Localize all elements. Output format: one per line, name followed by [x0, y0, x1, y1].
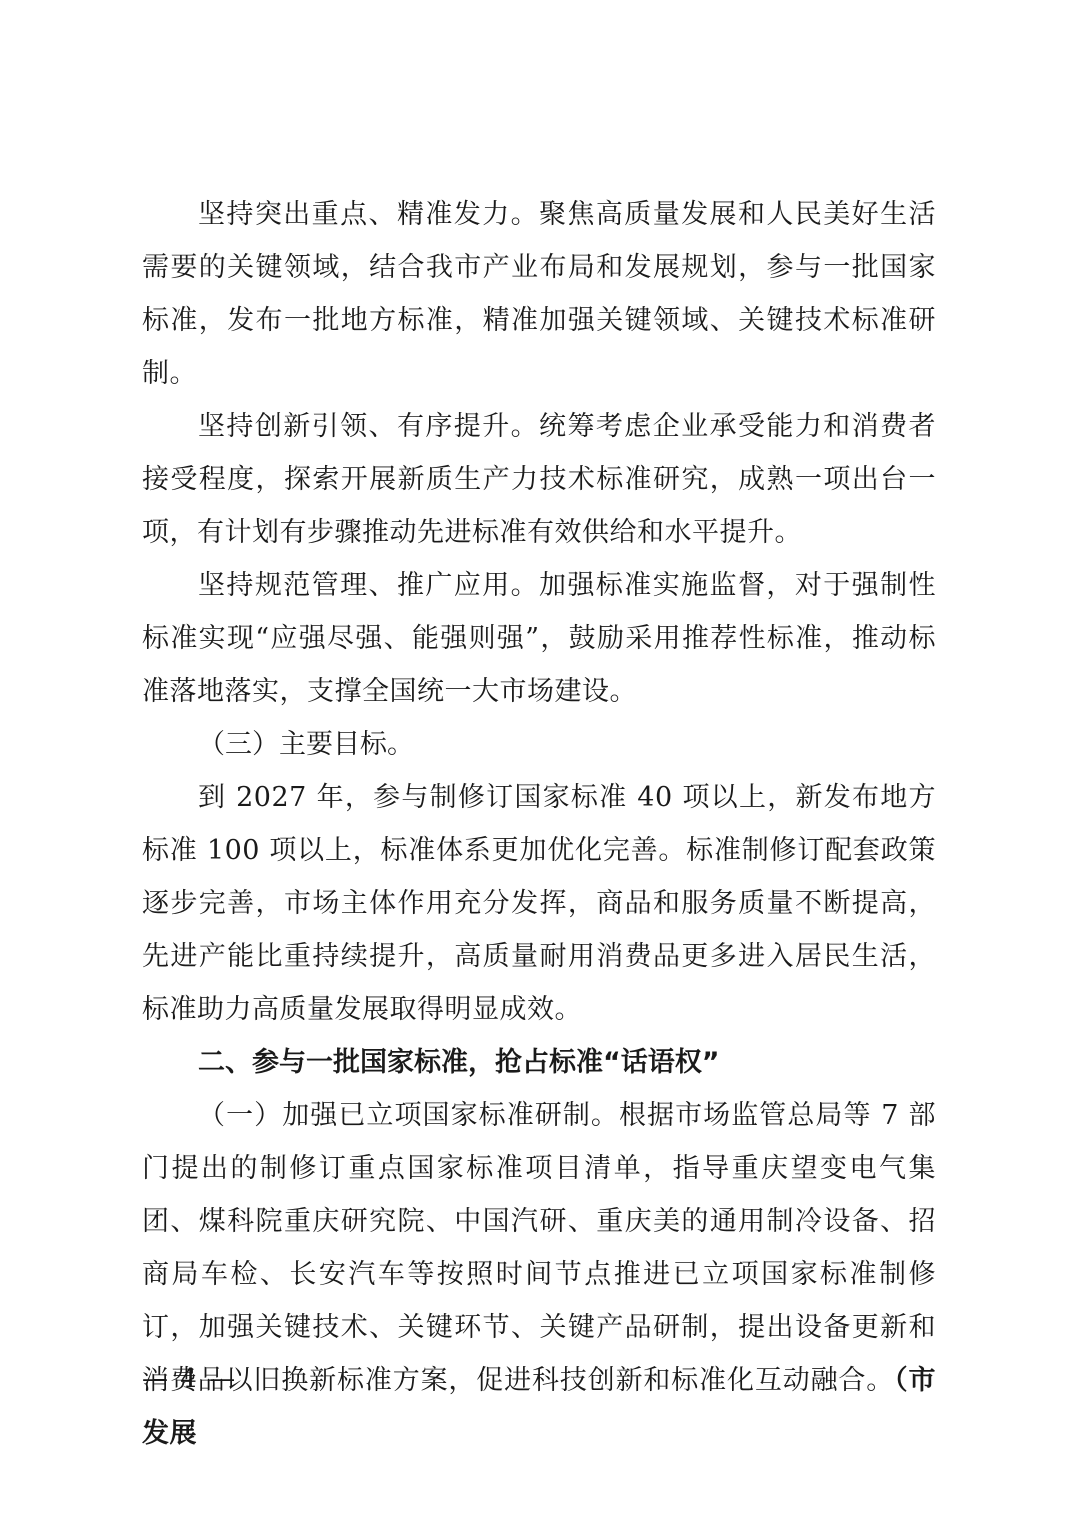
- subheading-main-goals: （三）主要目标。: [142, 718, 936, 771]
- paragraph-principle-management: 坚持规范管理、推广应用。加强标准实施监督，对于强制性标准实现“应强尽强、能强则强…: [142, 559, 936, 718]
- paragraph-principle-innovation: 坚持创新引领、有序提升。统筹考虑企业承受能力和消费者接受程度，探索开展新质生产力…: [142, 400, 936, 559]
- paragraph-goals: 到 2027 年，参与制修订国家标准 40 项以上，新发布地方标准 100 项以…: [142, 771, 936, 1036]
- paragraph-strengthen-national-standards: （一）加强已立项国家标准研制。根据市场监管总局等 7 部门提出的制修订重点国家标…: [142, 1089, 936, 1460]
- paragraph-principle-focus: 坚持突出重点、精准发力。聚焦高质量发展和人民美好生活需要的关键领域，结合我市产业…: [142, 188, 936, 400]
- section-heading-2: 二、参与一批国家标准，抢占标准“话语权”: [142, 1036, 936, 1089]
- paragraph-body: 根据市场监管总局等 7 部门提出的制修订重点国家标准项目清单，指导重庆望变电气集…: [142, 1100, 936, 1396]
- document-page: 坚持突出重点、精准发力。聚焦高质量发展和人民美好生活需要的关键领域，结合我市产业…: [142, 188, 936, 1460]
- page-number: — 4 —: [142, 1364, 237, 1394]
- paragraph-lead: （一）加强已立项国家标准研制。: [198, 1100, 619, 1131]
